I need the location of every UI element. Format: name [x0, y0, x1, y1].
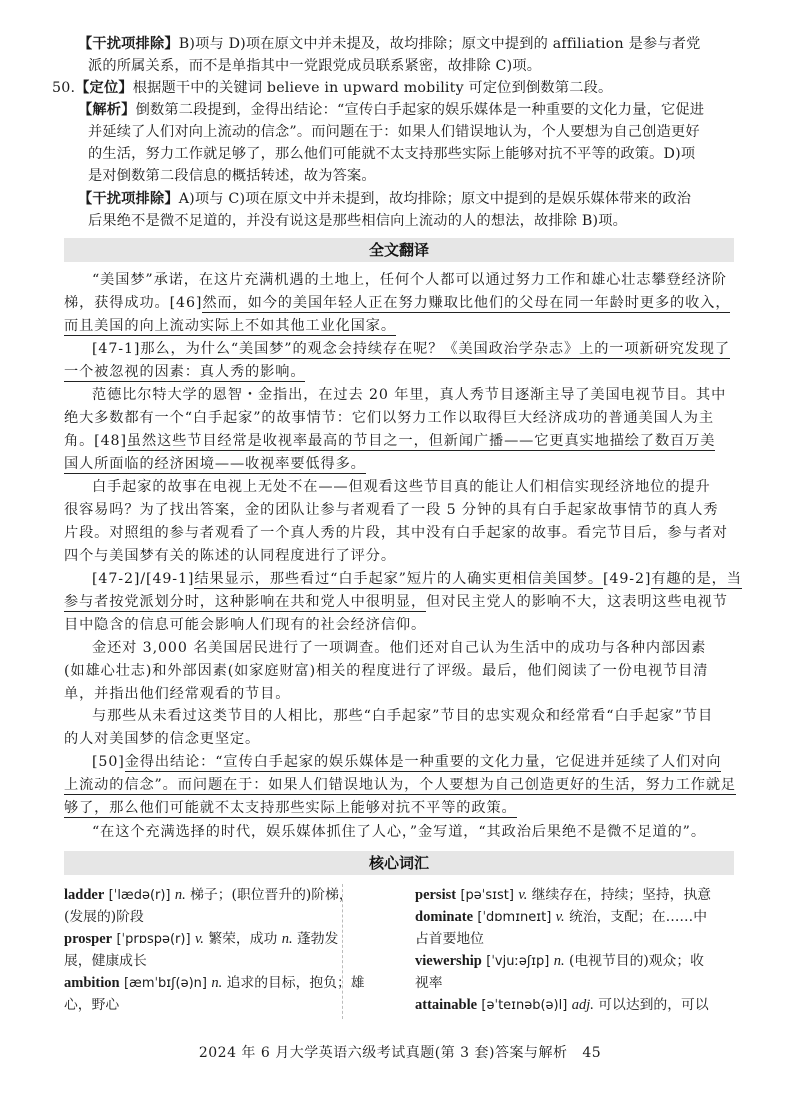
translation-p5-l2: 参与者按党派划分时，这种影响在共和党人中很明显，但对民主党人的影响不大，这表明这…	[64, 592, 728, 612]
footer-title: 2024 年 6 月大学英语六级考试真题(第 3 套)答案与解析	[199, 1045, 568, 1061]
translation-p1-l2: 梯，获得成功。[46]然而，如今的美国年轻人正在努力赚取比他们的父母在同一年龄时…	[64, 293, 730, 313]
page-number: 45	[582, 1045, 601, 1061]
translation-p3-l2: 绝大多数都有一个“白手起家”的故事情节：它们以努力工作以取得巨大经济成功的普通美…	[64, 408, 714, 428]
column-divider	[342, 884, 343, 1019]
distractor-label: 【干扰项排除】	[78, 191, 179, 207]
translation-p7-l1: 与那些从未看过这类节目的人相比，那些“白手起家”节目的忠实观众和经常看“白手起家…	[92, 706, 713, 726]
highlight-46: 然而，如今的美国年轻人正在努力赚取比他们的父母在同一年龄时更多的收入，	[202, 295, 730, 313]
translation-p9-l1: “在这个充满选择的时代，娱乐媒体抓住了人心，”金写道，“其政治后果绝不是微不足道…	[92, 822, 706, 842]
translation-p5-l1: [47-2]/[49-1]结果显示，那些看过“白手起家”短片的人确实更相信美国梦…	[92, 569, 742, 589]
locate-label: 【定位】	[75, 80, 133, 96]
translation-p6-l2: (如雄心壮志)和外部因素(如家庭财富)相关的程度进行了评级。最后，他们阅读了一份…	[64, 661, 708, 681]
vocab-entry-prosper-cont: 展，健康成长	[64, 951, 147, 971]
translation-p2-l1: [47-1]那么，为什么“美国梦”的观念会持续存在呢？《美国政治学杂志》上的一项…	[92, 339, 730, 359]
translation-p3-l4: 国人所面临的经济困境——收视率要低得多。	[64, 454, 366, 474]
vocab-entry-persist: persist [pəˈsɪst] v. 继续存在，持续；坚持，执意	[415, 885, 711, 906]
page-footer: 2024 年 6 月大学英语六级考试真题(第 3 套)答案与解析 45	[0, 1042, 800, 1062]
q50-locate: 50.【定位】根据题干中的关键词 believe in upward mobil…	[52, 78, 612, 98]
translation-p4-l1: 白手起家的故事在电视上无处不在——但观看这些节目真的能让人们相信实现经济地位的提…	[92, 477, 711, 497]
highlight-47-1: 那么，为什么“美国梦”的观念会持续存在呢？《美国政治学杂志》上的一项新研究发现了	[140, 341, 730, 359]
translation-p8-l1: [50]金得出结论：“宣传白手起家的娱乐媒体是一种重要的文化力量，它促进并延续了…	[92, 752, 721, 772]
translation-p1-l3: 而且美国的向上流动实际上不如其他工业化国家。	[64, 316, 396, 336]
question-number: 50.	[52, 80, 75, 96]
vocab-entry-dominate: dominate [ˈdɒmɪneɪt] v. 统治，支配；在……中	[415, 907, 707, 928]
vocab-entry-viewership-cont: 视率	[415, 973, 443, 993]
translation-p1-l1: “美国梦”承诺，在这片充满机遇的土地上，任何个人都可以通过努力工作和雄心壮志攀登…	[92, 270, 727, 290]
q50-analysis-line-2: 并延续了人们对向上流动的信念”。而问题在于：如果人们错误地认为，个人要想为自己创…	[88, 122, 700, 142]
section-header-translation: 全文翻译	[64, 238, 734, 262]
q50-distractor-line-2: 后果绝不是微不足道的，并没有说这是那些相信向上流动的人的想法，故排除 B)项。	[88, 211, 627, 231]
translation-p3-l3: 角。[48]虽然这些节目经常是收视率最高的节目之一，但新闻广播——它更真实地描绘…	[64, 431, 715, 451]
distractor-label: 【干扰项排除】	[78, 36, 179, 52]
translation-p5-l3: 目中隐含的信息可能会影响人们现有的社会经济信仰。	[64, 615, 426, 635]
translation-p3-l1: 范德比尔特大学的恩智・金指出，在过去 20 年里，真人秀节目逐渐主导了美国电视节…	[92, 385, 726, 405]
translation-p4-l4: 四个与美国梦有关的陈述的认同程度进行了评分。	[64, 546, 396, 566]
vocab-entry-ladder-cont: (发展的)阶段	[64, 907, 144, 927]
q49-distractor-line-2: 派的所属关系，而不是单指其中一党跟党成员联系紧密，故排除 C)项。	[88, 56, 541, 76]
q50-analysis-line-4: 是对倒数第二段信息的概括转述，故为答案。	[88, 166, 376, 186]
analysis-label: 【解析】	[78, 102, 136, 118]
translation-p7-l2: 的人对美国梦的信念更坚定。	[64, 729, 260, 749]
section-header-vocab: 核心词汇	[64, 851, 734, 875]
translation-p4-l3: 片段。对照组的参与者观看了一个真人秀的片段，其中没有白手起家的故事。看完节目后，…	[64, 523, 728, 543]
q50-distractor-line-1: 【干扰项排除】A)项与 C)项在原文中并未提到，故均排除；原文中提到的是娱乐媒体…	[78, 189, 691, 209]
q50-analysis-line-1: 【解析】倒数第二段提到，金得出结论：“宣传白手起家的娱乐媒体是一种重要的文化力量…	[78, 100, 704, 120]
highlight-47-2-49-1: 结果显示，那些看过“白手起家”短片的人确实更相信美国梦。	[194, 571, 603, 589]
translation-p2-l2: 一个被忽视的因素：真人秀的影响。	[64, 362, 305, 382]
translation-p6-l1: 金还对 3,000 名美国居民进行了一项调查。他们还对自己认为生活中的成功与各种…	[92, 638, 706, 658]
vocab-entry-viewership: viewership [ˈvjuːəʃɪp] n. (电视节目的)观众；收	[415, 951, 704, 972]
vocab-entry-attainable: attainable [əˈteɪnəb(ə)l] adj. 可以达到的，可以	[415, 995, 709, 1016]
highlight-48: 虽然这些节目经常是收视率最高的节目之一，但新闻广播——它更真实地描绘了数百万美	[127, 433, 715, 451]
vocab-entry-ambition-cont: 心，野心	[64, 995, 119, 1015]
translation-p8-l2: 上流动的信念”。而问题在于：如果人们错误地认为，个人要想为自己创造更好的生活，努…	[64, 775, 736, 795]
highlight-50: 金得出结论：“宣传白手起家的娱乐媒体是一种重要的文化力量，它促进并延续了人们对向	[125, 754, 722, 772]
q50-analysis-line-3: 的生活，努力工作就足够了，那么他们可能就不太支持那些实际上能够对抗不平等的政策。…	[88, 144, 695, 164]
vocab-entry-dominate-cont: 占首要地位	[415, 929, 484, 949]
vocab-entry-ladder: ladder [ˈlædə(r)] n. 梯子；(职位晋升的)阶梯，	[64, 885, 353, 906]
translation-p4-l2: 很容易吗？为了找出答案，金的团队让参与者观看了一段 5 分钟的具有白手起家故事情…	[64, 500, 718, 520]
vocab-entry-prosper: prosper [ˈprɒspə(r)] v. 繁荣，成功 n. 蓬勃发	[64, 929, 338, 950]
translation-p6-l3: 单，并指出他们经常观看的节目。	[64, 684, 290, 704]
translation-p8-l3: 够了，那么他们可能就不太支持那些实际上能够对抗不平等的政策。	[64, 798, 517, 818]
q49-distractor-line-1: 【干扰项排除】B)项与 D)项在原文中并未提及，故均排除；原文中提到的 affi…	[78, 34, 701, 54]
vocab-entry-ambition: ambition [æmˈbɪʃ(ə)n] n. 追求的目标，抱负；雄	[64, 973, 365, 994]
highlight-49-2: 有趣的是，当	[651, 571, 742, 589]
